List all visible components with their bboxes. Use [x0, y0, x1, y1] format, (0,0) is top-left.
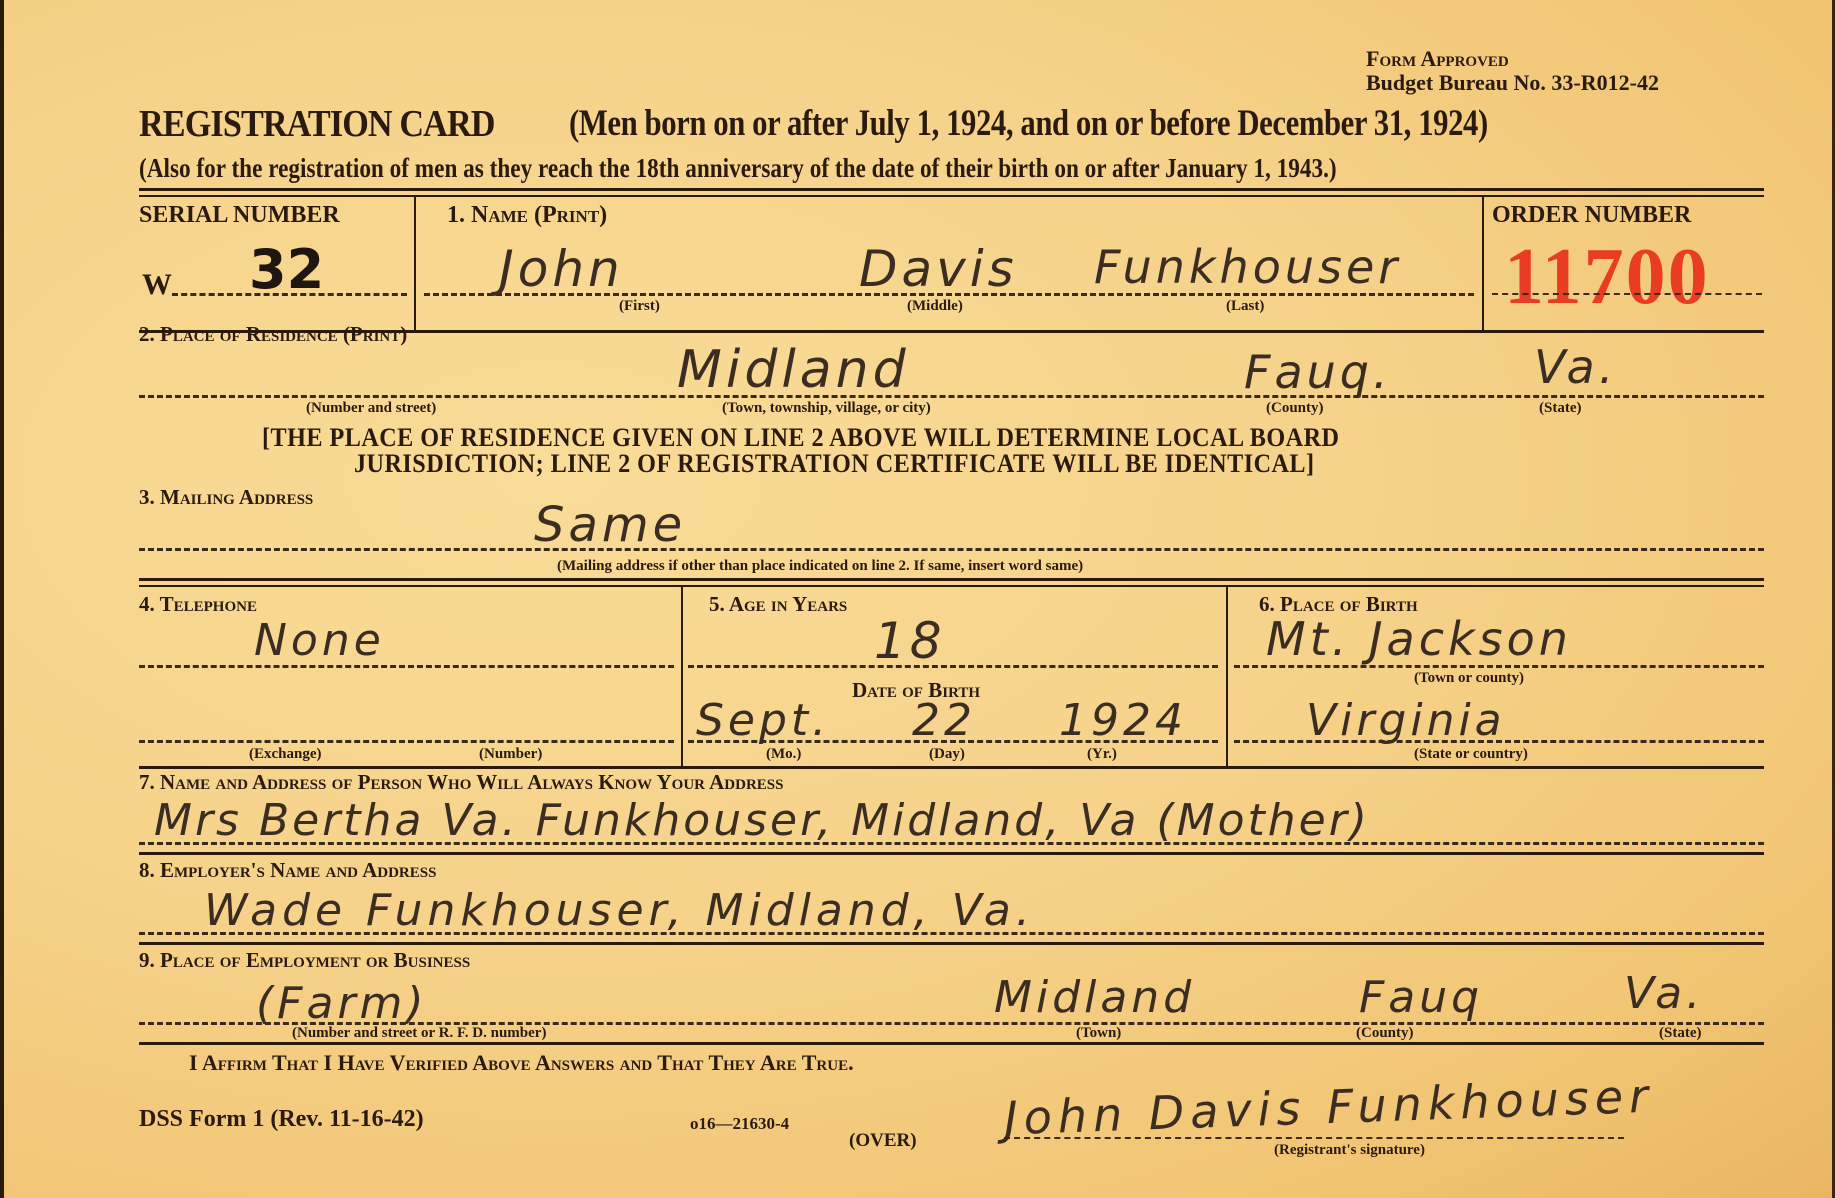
employer-label: 8. Employer's Name and Address — [139, 858, 436, 883]
registrant-signature: John Davis Funkhouser — [1003, 1069, 1655, 1146]
middle-name-value: Davis — [859, 240, 1018, 298]
serial-number-value: 32 — [249, 238, 324, 301]
mailing-address-value: Same — [534, 497, 686, 553]
divider — [139, 188, 1764, 191]
contact-person-value: Mrs Bertha Va. Funkhouser, Midland, Va (… — [154, 795, 1370, 846]
month-caption: (Mo.) — [766, 746, 801, 763]
divider — [414, 197, 416, 330]
birth-town-value: Mt. Jackson — [1266, 612, 1572, 666]
number-caption: (Number) — [479, 746, 542, 763]
employer-value: Wade Funkhouser, Midland, Va. — [204, 885, 1035, 936]
divider — [139, 585, 1764, 587]
mailing-line — [139, 548, 1764, 551]
county-caption: (County) — [1266, 400, 1324, 417]
over-indicator: (OVER) — [849, 1130, 917, 1152]
form-approved: Form Approved — [1366, 46, 1509, 72]
birth-town-caption: (Town or county) — [1414, 670, 1524, 687]
signature-line — [1004, 1137, 1624, 1139]
birth-month-value: Sept. — [696, 695, 830, 746]
mailing-address-label: 3. Mailing Address — [139, 485, 313, 510]
serial-number-label: SERIAL NUMBER — [139, 202, 340, 229]
street-caption: (Number and street) — [306, 400, 436, 417]
exchange-caption: (Exchange) — [249, 746, 322, 763]
divider — [681, 587, 683, 767]
last-name-value: Funkhouser — [1094, 240, 1401, 294]
telephone-value: None — [254, 615, 385, 666]
day-caption: (Day) — [929, 746, 965, 763]
mailing-caption: (Mailing address if other than place ind… — [557, 558, 1083, 575]
state-caption: (State) — [1539, 400, 1581, 417]
serial-prefix: W — [142, 268, 172, 302]
birth-state-value: Virginia — [1306, 695, 1506, 746]
age-label: 5. Age in Years — [709, 592, 847, 617]
residence-line — [139, 395, 1764, 398]
budget-bureau-number: Budget Bureau No. 33-R012-42 — [1366, 70, 1659, 96]
middle-caption: (Middle) — [907, 298, 963, 315]
last-caption: (Last) — [1226, 298, 1264, 315]
order-number-label: ORDER NUMBER — [1492, 202, 1691, 229]
residence-label: 2. Place of Residence (Print) — [139, 322, 407, 347]
divider — [1226, 587, 1228, 767]
residence-town-value: Midland — [677, 340, 910, 400]
age-line — [688, 665, 1218, 668]
telephone-label: 4. Telephone — [139, 592, 257, 617]
order-line — [1492, 293, 1762, 295]
residence-county-value: Fauq. — [1244, 345, 1392, 399]
employment-state-value: Va. — [1624, 968, 1704, 1019]
affirmation-statement: I Affirm That I Have Verified Above Answ… — [189, 1050, 854, 1076]
order-number-value: 11700 — [1504, 232, 1710, 323]
birth-day-value: 22 — [912, 695, 976, 746]
divider — [139, 1042, 1764, 1045]
print-code: o16—21630-4 — [690, 1114, 789, 1134]
form-id: DSS Form 1 (Rev. 11-16-42) — [139, 1106, 424, 1133]
jurisdiction-notice-line2: JURISDICTION; LINE 2 OF REGISTRATION CER… — [354, 449, 1315, 479]
employment-town-value: Midland — [994, 972, 1195, 1023]
registration-card: Form Approved Budget Bureau No. 33-R012-… — [0, 0, 1835, 1198]
employer-line — [139, 932, 1764, 935]
age-value: 18 — [874, 612, 946, 670]
birth-town-line — [1234, 665, 1764, 668]
signature-caption: (Registrant's signature) — [1274, 1142, 1425, 1159]
birth-state-line — [1234, 740, 1764, 743]
birth-state-caption: (State or country) — [1414, 746, 1528, 763]
telephone-line-2 — [139, 740, 674, 743]
divider — [139, 852, 1764, 855]
first-caption: (First) — [619, 298, 660, 315]
employment-street-caption: (Number and street or R. F. D. number) — [292, 1025, 546, 1042]
card-subtitle: (Men born on or after July 1, 1924, and … — [569, 102, 1488, 145]
employment-county-caption: (County) — [1356, 1025, 1414, 1042]
card-note: (Also for the registration of men as the… — [139, 153, 1337, 184]
contact-person-label: 7. Name and Address of Person Who Will A… — [139, 770, 783, 795]
employment-town-caption: (Town) — [1076, 1025, 1121, 1042]
name-label: 1. Name (Print) — [447, 202, 607, 229]
employment-label: 9. Place of Employment or Business — [139, 948, 470, 973]
year-caption: (Yr.) — [1087, 746, 1117, 763]
employment-state-caption: (State) — [1659, 1025, 1701, 1042]
birth-year-value: 1924 — [1059, 695, 1187, 746]
divider — [139, 766, 1764, 769]
telephone-line-1 — [139, 665, 674, 668]
divider — [139, 578, 1764, 581]
divider — [1482, 197, 1484, 330]
employment-county-value: Fauq — [1359, 972, 1483, 1023]
card-title: REGISTRATION CARD — [139, 102, 495, 146]
contact-line — [139, 842, 1764, 845]
town-caption: (Town, township, village, or city) — [722, 400, 931, 417]
first-name-value: John — [499, 240, 624, 298]
dob-line — [688, 740, 1218, 743]
divider — [139, 195, 1764, 197]
residence-state-value: Va. — [1534, 340, 1617, 394]
divider — [139, 942, 1764, 945]
